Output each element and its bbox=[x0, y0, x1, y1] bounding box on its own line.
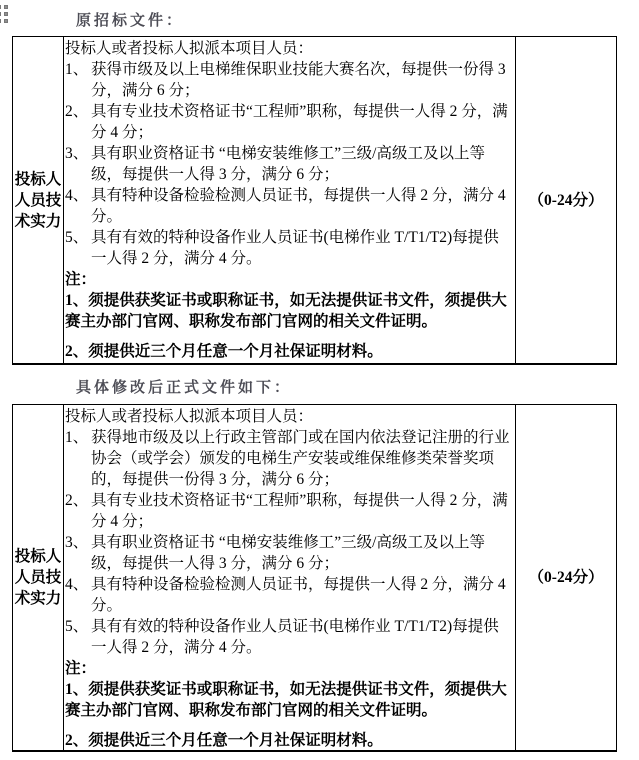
drag-handle-dot bbox=[0, 5, 1, 9]
score-item: 2、 具有专业技术资格证书“工程师”职称，每提供一人得 2 分，满分 4 分； bbox=[65, 490, 513, 532]
note: 1、须提供获奖证书或职称证书，如无法提供证书文件，须提供大赛主办部门官网、职称发… bbox=[65, 679, 513, 721]
criterion-detail-cell: 投标人或者投标人拟派本项目人员： 1、 获得市级及以上电梯维保职业技能大赛名次，… bbox=[64, 37, 515, 363]
score-item-number: 1、 bbox=[65, 59, 91, 101]
drag-handle-dot bbox=[4, 19, 8, 23]
score-item-number: 4、 bbox=[65, 185, 91, 227]
revised-document-heading: 具体修改后正式文件如下： bbox=[76, 376, 292, 397]
score-item-text: 获得地市级及以上行政主管部门或在国内依法登记注册的行业协会（或学会）颁发的电梯生… bbox=[91, 427, 513, 490]
original-score-table: 投标人人员技术实力 投标人或者投标人拟派本项目人员： 1、 获得市级及以上电梯维… bbox=[12, 36, 617, 365]
score-item-text: 获得市级及以上电梯维保职业技能大赛名次，每提供一份得 3 分，满分 6 分； bbox=[91, 59, 513, 101]
document-page: { "colors": { "heading": "#4c4c55", "bor… bbox=[0, 0, 639, 760]
score-range: （0-24分） bbox=[529, 567, 604, 588]
score-item: 3、 具有职业资格证书 “电梯安装维修工”三级/高级工及以上等级，每提供一人得 … bbox=[65, 143, 513, 185]
drag-handle-icon[interactable] bbox=[0, 5, 8, 23]
drag-handle-dot bbox=[0, 12, 1, 16]
score-range-cell: （0-24分） bbox=[515, 405, 616, 750]
score-item-text: 具有职业资格证书 “电梯安装维修工”三级/高级工及以上等级，每提供一人得 3 分… bbox=[91, 143, 513, 185]
score-item: 1、 获得市级及以上电梯维保职业技能大赛名次，每提供一份得 3 分，满分 6 分… bbox=[65, 59, 513, 101]
score-item-number: 2、 bbox=[65, 490, 91, 532]
drag-handle-dot bbox=[0, 19, 1, 23]
score-item-number: 5、 bbox=[65, 227, 91, 269]
score-item: 4、 具有特种设备检验检测人员证书，每提供一人得 2 分，满分 4 分。 bbox=[65, 574, 513, 616]
score-item-text: 具有有效的特种设备作业人员证书(电梯作业 T/T1/T2)每提供一人得 2 分，… bbox=[91, 227, 513, 269]
score-item-text: 具有特种设备检验检测人员证书，每提供一人得 2 分，满分 4 分。 bbox=[91, 574, 513, 616]
score-range-cell: （0-24分） bbox=[515, 37, 616, 363]
criterion-name: 投标人人员技术实力 bbox=[13, 169, 63, 232]
criterion-intro: 投标人或者投标人拟派本项目人员： bbox=[65, 38, 513, 59]
note-title: 注： bbox=[65, 269, 513, 290]
revised-score-table: 投标人人员技术实力 投标人或者投标人拟派本项目人员： 1、 获得地市级及以上行政… bbox=[12, 404, 617, 752]
note: 2、须提供近三个月任意一个月社保证明材料。 bbox=[65, 730, 513, 751]
score-item-number: 1、 bbox=[65, 427, 91, 490]
note: 2、须提供近三个月任意一个月社保证明材料。 bbox=[65, 341, 513, 362]
score-item-number: 4、 bbox=[65, 574, 91, 616]
score-item-number: 2、 bbox=[65, 101, 91, 143]
score-item-text: 具有专业技术资格证书“工程师”职称，每提供一人得 2 分，满分 4 分； bbox=[91, 490, 513, 532]
score-item: 2、 具有专业技术资格证书“工程师”职称，每提供一人得 2 分，满分 4 分； bbox=[65, 101, 513, 143]
score-item-text: 具有特种设备检验检测人员证书，每提供一人得 2 分，满分 4 分。 bbox=[91, 185, 513, 227]
score-item: 1、 获得地市级及以上行政主管部门或在国内依法登记注册的行业协会（或学会）颁发的… bbox=[65, 427, 513, 490]
score-item: 5、 具有有效的特种设备作业人员证书(电梯作业 T/T1/T2)每提供一人得 2… bbox=[65, 616, 513, 658]
original-document-heading: 原招标文件： bbox=[76, 9, 184, 30]
criterion-intro: 投标人或者投标人拟派本项目人员： bbox=[65, 406, 513, 427]
score-item-text: 具有有效的特种设备作业人员证书(电梯作业 T/T1/T2)每提供一人得 2 分，… bbox=[91, 616, 513, 658]
score-item-number: 3、 bbox=[65, 143, 91, 185]
criterion-name-cell: 投标人人员技术实力 bbox=[13, 405, 64, 750]
note: 1、须提供获奖证书或职称证书，如无法提供证书文件，须提供大赛主办部门官网、职称发… bbox=[65, 290, 513, 332]
score-item-number: 3、 bbox=[65, 532, 91, 574]
note-title: 注： bbox=[65, 658, 513, 679]
criterion-name: 投标人人员技术实力 bbox=[13, 546, 63, 609]
score-item-number: 5、 bbox=[65, 616, 91, 658]
drag-handle-dot bbox=[4, 5, 8, 9]
drag-handle-dot bbox=[4, 12, 8, 16]
score-item: 5、 具有有效的特种设备作业人员证书(电梯作业 T/T1/T2)每提供一人得 2… bbox=[65, 227, 513, 269]
score-range: （0-24分） bbox=[529, 190, 604, 211]
score-item: 3、 具有职业资格证书 “电梯安装维修工”三级/高级工及以上等级，每提供一人得 … bbox=[65, 532, 513, 574]
score-item-text: 具有职业资格证书 “电梯安装维修工”三级/高级工及以上等级，每提供一人得 3 分… bbox=[91, 532, 513, 574]
criterion-name-cell: 投标人人员技术实力 bbox=[13, 37, 64, 363]
criterion-detail-cell: 投标人或者投标人拟派本项目人员： 1、 获得地市级及以上行政主管部门或在国内依法… bbox=[64, 405, 515, 750]
score-item-text: 具有专业技术资格证书“工程师”职称，每提供一人得 2 分，满分 4 分； bbox=[91, 101, 513, 143]
score-item: 4、 具有特种设备检验检测人员证书，每提供一人得 2 分，满分 4 分。 bbox=[65, 185, 513, 227]
